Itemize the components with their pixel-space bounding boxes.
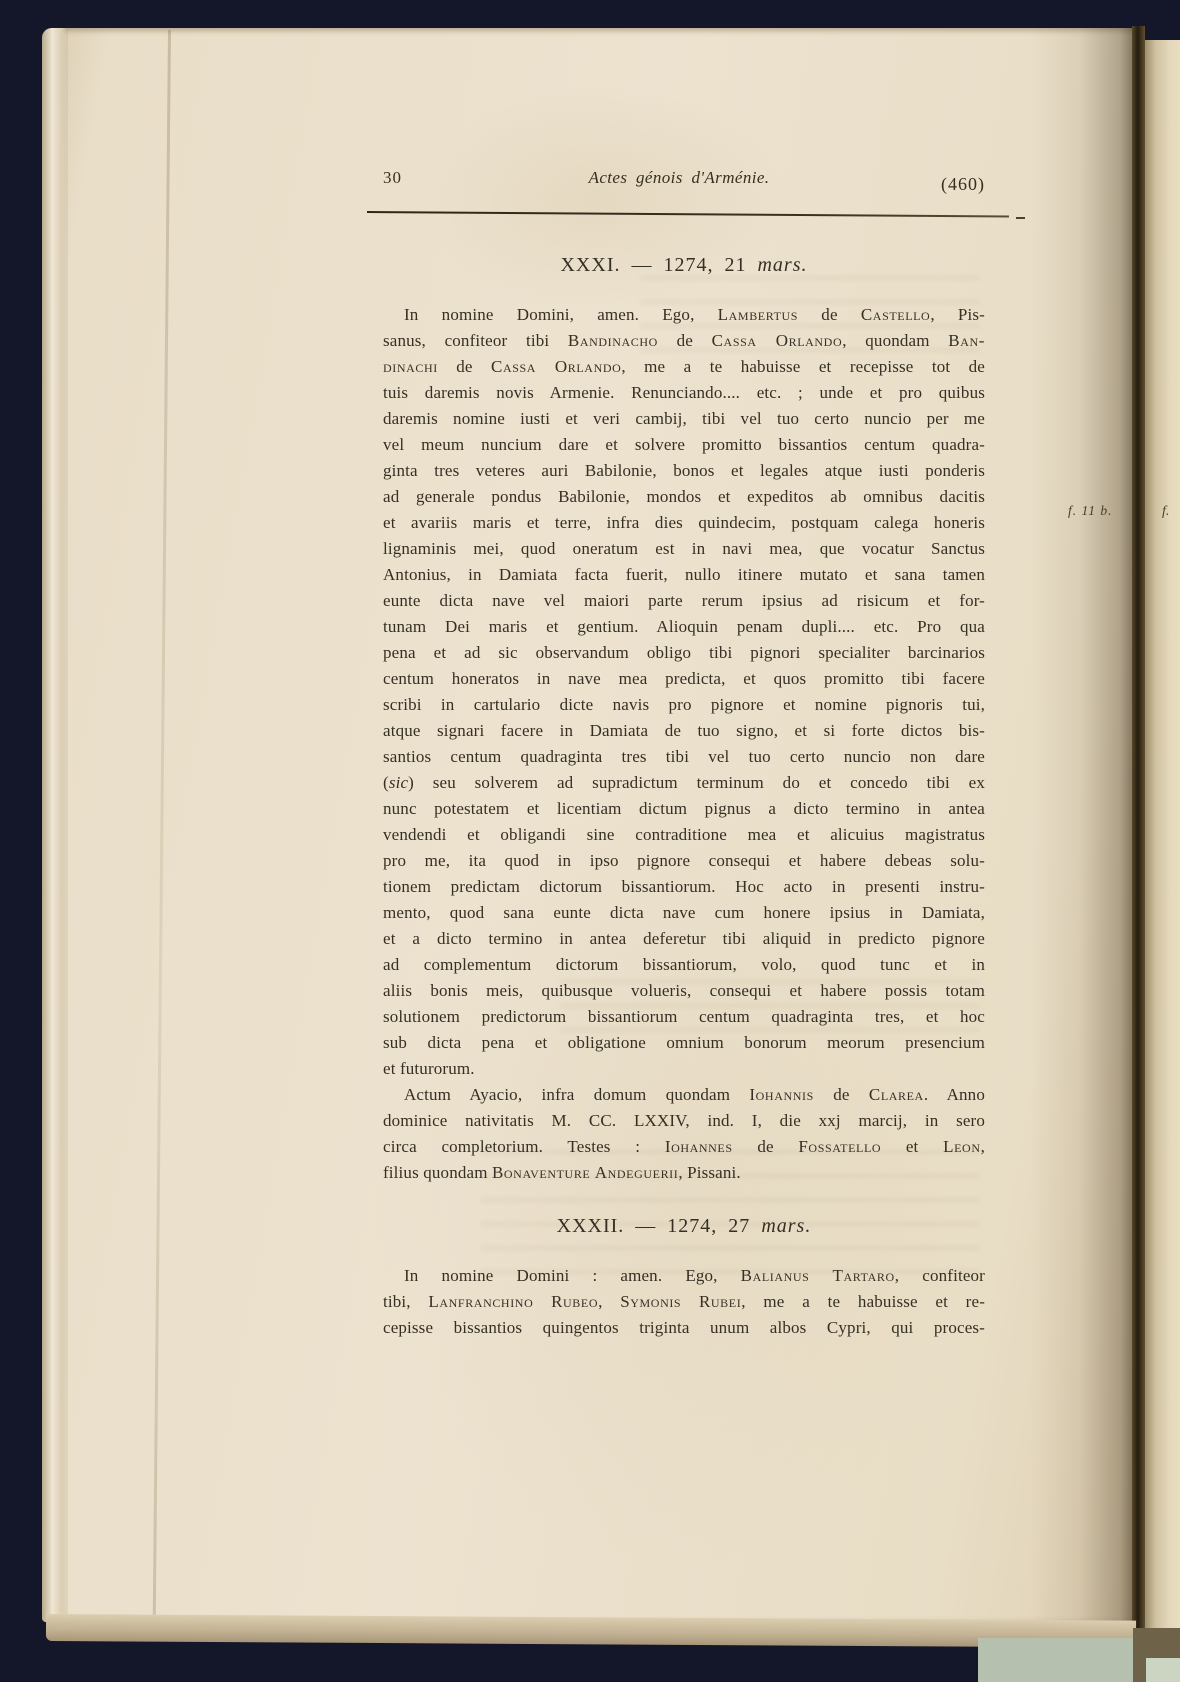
text-segment: cepisse bissantios quingentos triginta u… [383,1318,985,1337]
text-segment: Iohannes [665,1137,733,1156]
text-segment: et [881,1137,943,1156]
text-segment: XXXII. — 1274, 27 [557,1215,762,1237]
text-segment: tionem predictam dictorum bissantiorum. … [383,877,985,896]
text-segment: tuis daremis novis Armenie. Renunciando.… [383,383,985,402]
text-line: dominice nativitatis M. CC. LXXIV, ind. … [383,1108,985,1134]
text-segment: Cassa Orlando [712,331,843,350]
text-line: Antonius, in Damiata facta fuerit, nullo… [383,562,985,588]
text-segment: de [733,1137,799,1156]
page-left-curl-edge [42,28,68,1622]
text-segment: Symonis [620,1292,681,1311]
text-segment: centum honeratos in nave mea predicta, e… [383,669,985,688]
text-segment: de [658,331,712,350]
text-line: (sic) seu solverem ad supradictum termin… [383,770,985,796]
text-segment: Leon [943,1137,980,1156]
text-line: tunam Dei maris et gentium. Alioquin pen… [383,614,985,640]
text-column: XXXI. — 1274, 21 mars.In nomine Domini, … [383,252,985,1341]
text-segment: mars. [761,1215,811,1237]
text-segment: de [798,305,861,324]
text-segment: eunte dicta nave vel maiori parte rerum … [383,591,985,610]
text-segment: Fossatello [798,1137,881,1156]
text-line: pena et ad sic observandum obligo tibi p… [383,640,985,666]
folio-reference: (460) [905,174,985,195]
text-segment: Antonius, in Damiata facta fuerit, nullo… [383,565,985,584]
text-segment: Castello [861,305,930,324]
text-segment: tunam Dei maris et gentium. Alioquin pen… [383,617,985,636]
text-line: lignaminis mei, quod oneratum est in nav… [383,536,985,562]
text-segment: Balianus [741,1266,810,1285]
text-line: daremis nomine iusti et veri cambij, tib… [383,406,985,432]
gutter-fold-line [1132,26,1145,1666]
text-segment: solutionem predictorum bissantiorum cent… [383,1007,985,1026]
text-line: circa completorium. Testes : Iohannes de… [383,1134,985,1160]
text-segment: Cassa Orlando [491,357,621,376]
text-segment: santios centum quadraginta tres tibi vel… [383,747,985,766]
text-line: mento, quod sana eunte dicta nave cum ho… [383,900,985,926]
text-segment: pena et ad sic observandum obligo tibi p… [383,643,985,662]
text-line: pro me, ita quod in ipso pignore consequ… [383,848,985,874]
page-header: 30 Actes génois d'Arménie. (460) [383,168,985,195]
page-stack-bottom-edge [46,1614,1136,1648]
text-segment: mento, quod sana eunte dicta nave cum ho… [383,903,985,922]
text-segment: Andeguerii [595,1163,679,1182]
text-segment: vendendi et obligandi sine contraditione… [383,825,985,844]
text-segment [809,1266,832,1285]
text-segment: , quondam [842,331,948,350]
text-segment: Clarea [869,1085,924,1104]
text-line: tuis daremis novis Armenie. Renunciando.… [383,380,985,406]
text-line: et futurorum. [383,1056,985,1082]
text-segment: Actum Ayacio, infra domum quondam [404,1085,749,1104]
text-segment: Bandinacho [568,331,658,350]
text-segment: , [598,1292,620,1311]
paragraph: In nomine Domini : amen. Ego, Balianus T… [383,1263,985,1341]
text-line: cepisse bissantios quingentos triginta u… [383,1315,985,1341]
text-segment: Ban- [948,331,985,350]
text-segment: Lanfranchino [428,1292,533,1311]
text-segment: , Pis- [930,305,985,324]
text-line: sub dicta pena et obligatione omnium bon… [383,1030,985,1056]
text-segment: . Anno [924,1085,985,1104]
paragraph: Actum Ayacio, infra domum quondam Iohann… [383,1082,985,1186]
text-segment: mars. [757,254,807,276]
text-line: tionem predictam dictorum bissantiorum. … [383,874,985,900]
text-line: eunte dicta nave vel maiori parte rerum … [383,588,985,614]
text-segment: et a dicto termino in antea deferetur ti… [383,929,985,948]
text-segment: sic [389,773,408,792]
text-segment: filius quondam [383,1163,492,1182]
text-segment: et avariis maris et terre, infra dies qu… [383,513,985,532]
text-segment: Lambertus [718,305,798,324]
adjacent-page-folio-note: f. [1162,504,1169,520]
text-segment: , me a te habuisse et recepisse tot de [621,357,985,376]
text-line: santios centum quadraginta tres tibi vel… [383,744,985,770]
text-segment: lignaminis mei, quod oneratum est in nav… [383,539,985,558]
table-surface-corner [1146,1658,1180,1682]
book-scan-scene: 30 Actes génois d'Arménie. (460) XXXI. —… [0,0,1180,1682]
section-heading: XXXII. — 1274, 27 mars. [383,1213,985,1239]
section-heading: XXXI. — 1274, 21 mars. [383,252,985,278]
text-segment: , me a te habuisse et re- [741,1292,985,1311]
text-line: In nomine Domini : amen. Ego, Balianus T… [383,1263,985,1289]
text-line: vel meum nuncium dare et solvere promitt… [383,432,985,458]
text-segment: , confiteor [895,1266,985,1285]
text-line: vendendi et obligandi sine contraditione… [383,822,985,848]
text-line: sanus, confiteor tibi Bandinacho de Cass… [383,328,985,354]
text-segment: In nomine Domini, amen. Ego, [404,305,718,324]
text-segment: de [814,1085,869,1104]
text-segment: ad generale pondus Babilonie, mondos et … [383,487,985,506]
text-line: filius quondam Bonaventure Andeguerii, P… [383,1160,985,1186]
text-line: In nomine Domini, amen. Ego, Lambertus d… [383,302,985,328]
gutter-shadow [1030,28,1140,1622]
text-line: atque signari facere in Damiata de tuo s… [383,718,985,744]
text-segment: aliis bonis meis, quibusque volueris, co… [383,981,985,1000]
text-line: scribi in cartulario dicte navis pro pig… [383,692,985,718]
text-segment: daremis nomine iusti et veri cambij, tib… [383,409,985,428]
text-line: centum honeratos in nave mea predicta, e… [383,666,985,692]
text-line: ad complementum dictorum bissantiorum, v… [383,952,985,978]
text-segment: Rubei [699,1292,741,1311]
text-segment: , [981,1137,985,1156]
text-segment: atque signari facere in Damiata de tuo s… [383,721,985,740]
adjacent-page-sliver [1145,40,1180,1655]
text-line: dinachi de Cassa Orlando, me a te habuis… [383,354,985,380]
text-line: et a dicto termino in antea deferetur ti… [383,926,985,952]
text-segment: tibi, [383,1292,428,1311]
text-line: aliis bonis meis, quibusque volueris, co… [383,978,985,1004]
text-line: et avariis maris et terre, infra dies qu… [383,510,985,536]
text-segment: sanus, confiteor tibi [383,331,568,350]
text-segment: et futurorum. [383,1059,475,1078]
text-segment: , Pissani. [678,1163,740,1182]
text-segment: sub dicta pena et obligatione omnium bon… [383,1033,985,1052]
running-title: Actes génois d'Arménie. [453,168,905,195]
text-segment: XXXI. — 1274, 21 [560,254,757,276]
text-segment: pro me, ita quod in ipso pignore consequ… [383,851,985,870]
text-segment: ) seu solverem ad supradictum terminum d… [408,773,985,792]
text-segment: dinachi [383,357,438,376]
text-segment: dominice nativitatis M. CC. LXXIV, ind. … [383,1111,985,1130]
text-line: solutionem predictorum bissantiorum cent… [383,1004,985,1030]
text-segment: circa completorium. Testes : [383,1137,665,1156]
text-line: nunc potestatem et licentiam dictum pign… [383,796,985,822]
text-segment: de [438,357,491,376]
text-segment: vel meum nuncium dare et solvere promitt… [383,435,985,454]
text-segment: ad complementum dictorum bissantiorum, v… [383,955,985,974]
paragraph: In nomine Domini, amen. Ego, Lambertus d… [383,302,985,1082]
text-segment: Rubeo [551,1292,598,1311]
text-segment: Iohannis [749,1085,813,1104]
text-segment: nunc potestatem et licentiam dictum pign… [383,799,985,818]
text-segment: ginta tres veteres auri Babilonie, bonos… [383,461,985,480]
text-line: tibi, Lanfranchino Rubeo, Symonis Rubei,… [383,1289,985,1315]
text-line: ginta tres veteres auri Babilonie, bonos… [383,458,985,484]
text-segment: In nomine Domini : amen. Ego, [404,1266,741,1285]
text-line: Actum Ayacio, infra domum quondam Iohann… [383,1082,985,1108]
page-number: 30 [383,168,453,195]
text-line: ad generale pondus Babilonie, mondos et … [383,484,985,510]
text-segment [681,1292,699,1311]
header-rule-dash [1016,217,1025,219]
text-segment: scribi in cartulario dicte navis pro pig… [383,695,985,714]
text-segment: Bonaventure [492,1163,590,1182]
text-segment [533,1292,551,1311]
text-segment: Tartaro [833,1266,895,1285]
